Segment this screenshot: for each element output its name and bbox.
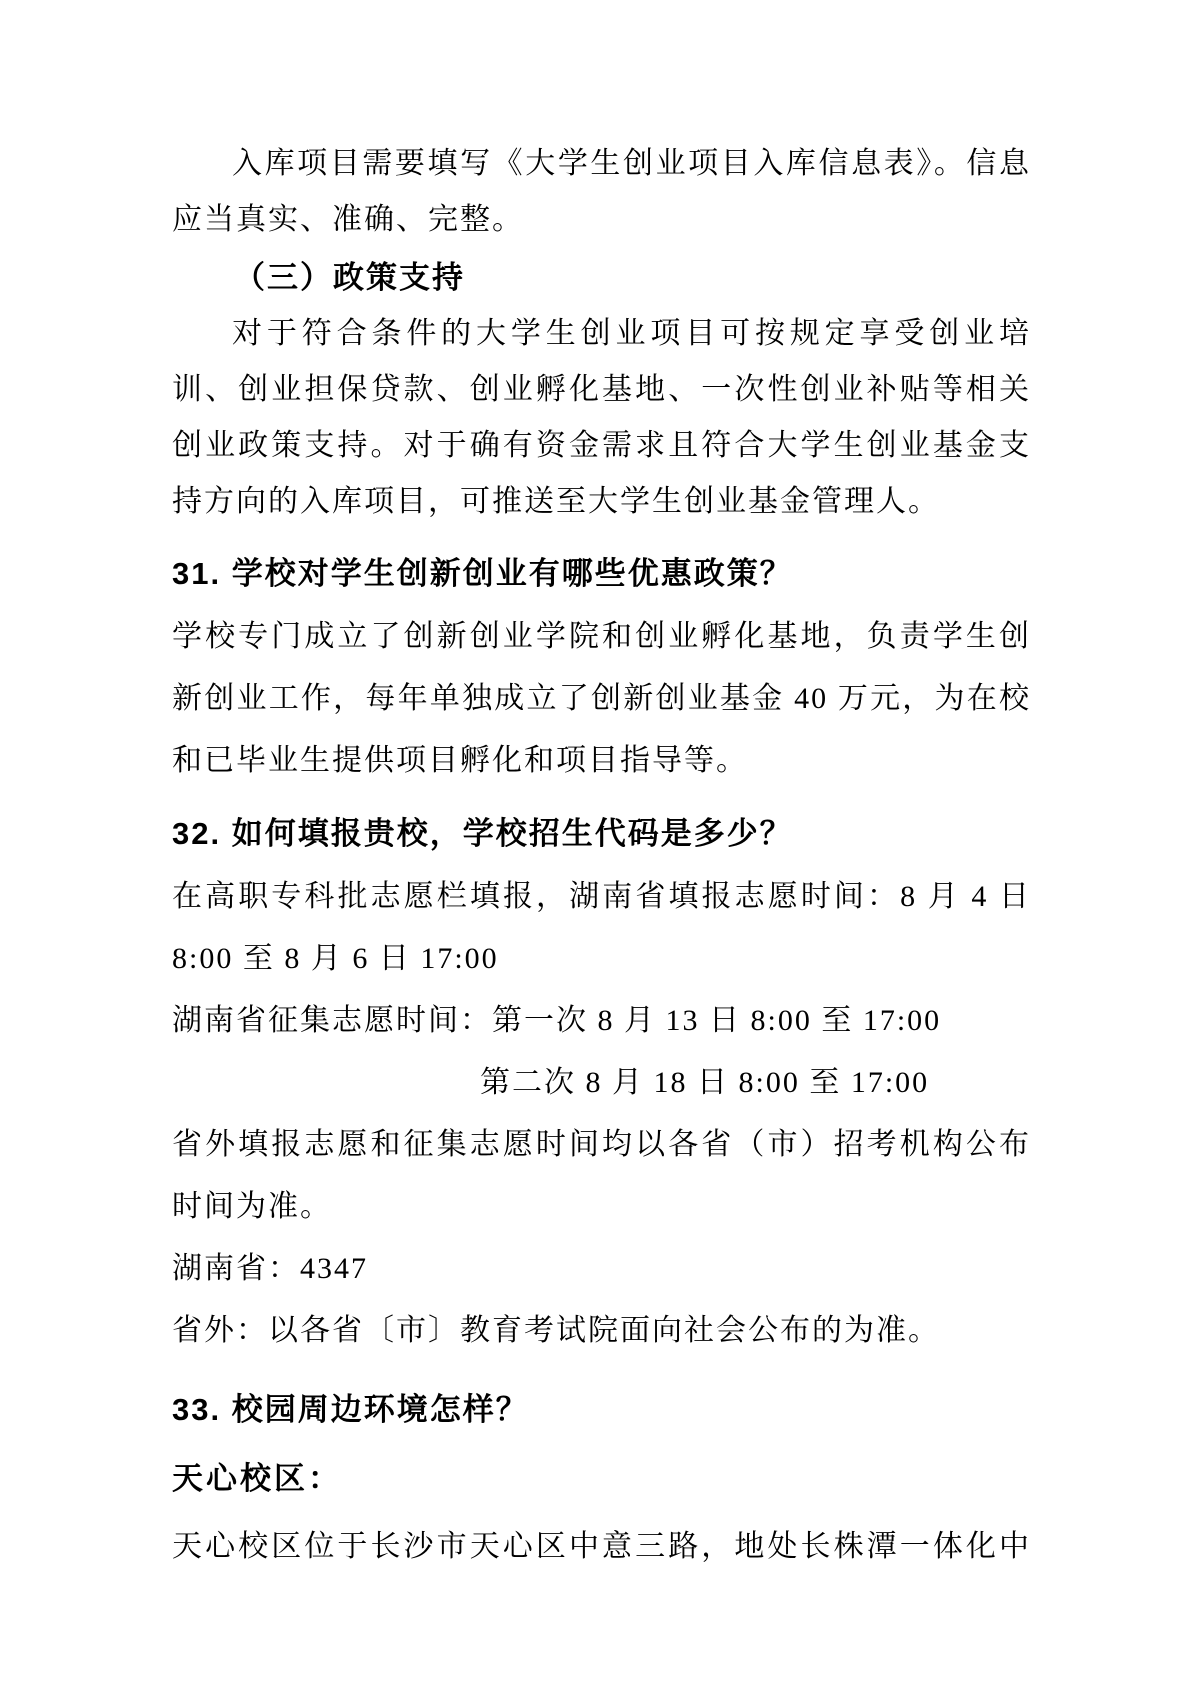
- document-page: 入库项目需要填写《大学生创业项目入库信息表》。信息应当真实、准确、完整。 （三）…: [0, 0, 1191, 1684]
- intro-paragraph: 入库项目需要填写《大学生创业项目入库信息表》。信息应当真实、准确、完整。: [172, 136, 1031, 248]
- answer-32-gather-second-line: 第二次 8 月 18 日 8:00 至 17:00: [480, 1052, 1031, 1114]
- answer-32-hunan-code-line: 湖南省：4347: [172, 1238, 1031, 1300]
- question-32-heading: 32. 如何填报贵校，学校招生代码是多少？: [172, 806, 1031, 862]
- answer-32-out-of-province-code-line: 省外：以各省〔市〕教育考试院面向社会公布的为准。: [172, 1300, 1031, 1362]
- question-33-heading: 33. 校园周边环境怎样？: [172, 1382, 1031, 1438]
- campus-name-label: 天心校区：: [172, 1448, 1031, 1510]
- answer-32-gather-first-line: 湖南省征集志愿时间：第一次 8 月 13 日 8:00 至 17:00: [172, 990, 1031, 1052]
- answer-32-filing-time-line: 在高职专科批志愿栏填报，湖南省填报志愿时间：8 月 4 日 8:00 至 8 月…: [172, 866, 1031, 990]
- section-heading-policy-support: （三）政策支持: [172, 250, 1031, 306]
- answer-31-paragraph: 学校专门成立了创新创业学院和创业孵化基地，负责学生创新创业工作，每年单独成立了创…: [172, 606, 1031, 792]
- question-31-heading: 31. 学校对学生创新创业有哪些优惠政策？: [172, 546, 1031, 602]
- campus-description-paragraph: 天心校区位于长沙市天心区中意三路，地处长株潭一体化中: [172, 1516, 1031, 1578]
- policy-support-paragraph: 对于符合条件的大学生创业项目可按规定享受创业培训、创业担保贷款、创业孵化基地、一…: [172, 306, 1031, 530]
- answer-32-out-of-province-time-line: 省外填报志愿和征集志愿时间均以各省（市）招考机构公布时间为准。: [172, 1114, 1031, 1238]
